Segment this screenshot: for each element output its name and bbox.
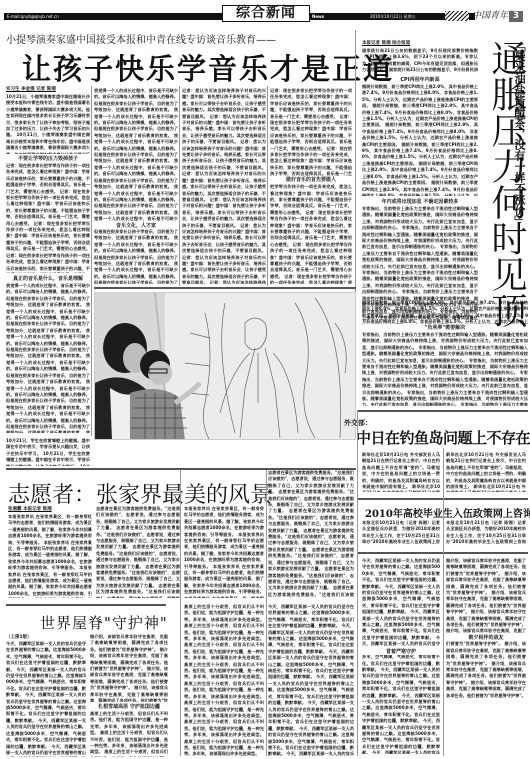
cpi-subhead-1: CPI再创年内新高 [362,76,478,83]
recruit-headline: 2010年高校毕业生入伍政策网上咨询周将举办 [365,505,530,520]
fm-body-col2: 新华社北京10月21日电 外交部发言人马朝旭21日在例行记者会上表示，中日在钓鱼… [446,452,526,492]
guardians-body-col5: 今天，西藏军区某部一支人员的官兵仍坚守在世界屋脊的雪山之巅。这里海拔5000多米… [362,558,440,754]
lead-subhead-4: 音乐文化，人才家 [94,222,178,229]
cpi-body-1: 据统计局数据，前三季度CPI同比上涨2.9%，其中食品价格上涨7.4%。9月份食… [362,84,478,196]
section-divider [358,410,528,412]
lead-body-col1b: 记者：现在很多家长把学琴当作孩子的一项任务来完成，您怎么看这种现象？盛中国：学音… [6,163,90,273]
lead-subhead-3: 做好音乐的首先要做人 [270,176,352,183]
lead-body-col1a: 10月21日，小提琴演奏家盛中国在湖南长沙接受本报和中青在线专访。盛中国是我国著… [6,94,90,154]
guardians-subhead-3: 朝夕相伴的战友 [446,634,526,641]
recruit-body-col2: 本报北京10月21日电（记者 陈湘）记者从全国征兵办获悉，为做好2010年高校毕… [446,520,526,546]
lead-subhead-1: 不要让学琴的压力毁掉孩子 [6,155,90,162]
volunteers-body-col2: 志愿者在景区为游客提供免费服务。"这是我们应该做的"，志愿者说，通过参与志愿服务… [96,506,180,598]
cpi-lede: 国家统计局21日公布的数据显示，9月份居民消费价格指数（CPI）同比上涨3.6%… [362,48,478,74]
volunteers-body-col3: 本报张家界讯 在张家界景区，有一群身穿红马甲的志愿者，他们热情服务游客，成为景区… [184,506,264,598]
column-rule [180,470,181,756]
fm-headline: 中日在钓鱼岛问题上不存在所谓"密约" [356,427,530,448]
section-divider [6,604,166,606]
volunteers-headline: 志愿者：张家界最美的风景 [8,478,272,509]
column-rule [267,86,268,286]
lead-body-col4: 记者：现在很多家长把学琴当作孩子的一项任务来完成，您怎么看这种现象？盛中国：学音… [270,88,352,284]
guardians-body-col2b: 高原上的生活十分艰苦，但官兵们从不叫苦。他们说，能为祖国守护边疆，是一种光荣。多… [90,711,168,757]
news-tag: News [312,14,324,19]
masthead-strip-left: E-mail:qnyb@qnyb.net.cn [4,13,226,20]
lead-body-col1c: 我觉得一个人的成长过程中，音乐是不可缺少的。音乐可以陶冶人的情操，提高人的修养。… [6,283,90,433]
lead-headline: 让孩子快乐学音乐才是正道 [22,47,394,88]
lead-body-col2: 我觉得一个人的成长过程中，音乐是不可缺少的。音乐可以陶冶人的情操，提高人的修养。… [94,88,178,284]
section-title: 综合新闻 [222,5,310,22]
cpi-vertical-subhead: 「柴米油盐酱醋茶，没有一样不涨价」 [513,40,525,227]
page-number: 3 [509,11,523,22]
lead-subhead-2: 真正的音乐是什么，音乐是理解 [6,275,90,282]
column-rule [179,86,180,286]
column-rule [266,470,267,756]
column-rule [91,86,92,436]
photo-caption: 10月21日，学生在欣赏墙壁上的壁画。盛中国在专访中表示，学音乐要从兴趣出发，让… [6,438,90,466]
lead-body-col3: 记者：您认为应该怎样培养孩子对音乐的兴趣？盛中国：首先要让孩子多听音乐，培养乐感… [182,88,266,284]
masthead-email: E-mail:qnyb@qnyb.net.cn [4,13,226,20]
guardians-body-col4: 今天，西藏军区某部一支人员的官兵仍坚守在世界屋脊的雪山之巅。这里海拔5000多米… [268,604,354,757]
guardians-subhead-2: 冒着严寒守护 [362,648,440,655]
recruit-body-col1: 本报北京10月21日电（记者 陈湘）记者从全国征兵办获悉，为做好2010年高校毕… [362,520,440,546]
guardians-body-col3: 高原上的生活十分艰苦，但官兵们从不叫苦。他们说，能为祖国守护边疆，是一种光荣。多… [184,604,264,757]
guardians-body-col1: 今天，西藏军区某部一支人员的官兵仍坚守在世界屋脊的雪山之巅。这里海拔5000多米… [6,641,86,757]
guardians-body-col6: 据介绍，该部官兵常年驻守在高原，克服了高寒缺氧等困难，圆满完成了各项任务。他们被… [446,558,526,754]
guardians-body-col2a: 据介绍，该部官兵常年驻守在高原，克服了高寒缺氧等困难，圆满完成了各项任务。他们被… [90,634,168,702]
volunteers-body-col1: 本报张家界讯 在张家界景区，有一群身穿红马甲的志愿者，他们热情服务游客，成为景区… [8,514,92,598]
fm-body-col1: 新华社北京10月21日电 外交部发言人马朝旭21日在例行记者会上表示，中日在钓鱼… [362,452,440,492]
photo-illustration [95,293,356,440]
lead-byline: 实习生 李金强 记者 陈湘 [6,86,56,92]
volunteers-body-col4: 志愿者在景区为游客提供免费服务。"这是我们应该做的"，志愿者说，通过参与志愿服务… [268,470,354,598]
cpi-subhead-2: 年内或将出现加息 不确定因素较多 [362,198,478,205]
column-rule [443,448,444,756]
lead-kicker: 小提琴演奏家盛中国接受本报和中青在线专访谈音乐教育—— [6,31,276,46]
news-photo [94,292,356,440]
hatch-decoration [445,11,469,21]
guardians-headline: 世界屋脊"守护神" [40,612,168,633]
guardians-dateline: （上接1版） [6,634,32,640]
photo-top-rule [94,287,356,289]
cpi-body-4: 专家指出，当前物价上涨压力主要来自于流动性过剩和输入型通胀。随着美国量化宽松政策… [362,332,528,406]
guardians-subhead-1: 扎根雪域高原 守护祖国边疆 [90,703,168,710]
column-rule [357,410,358,756]
cpi-byline: 本报记者 陈湘 综合报道 [362,40,410,46]
volunteers-byline: 张湘鹏 本报记者 陈湘 [8,506,52,512]
